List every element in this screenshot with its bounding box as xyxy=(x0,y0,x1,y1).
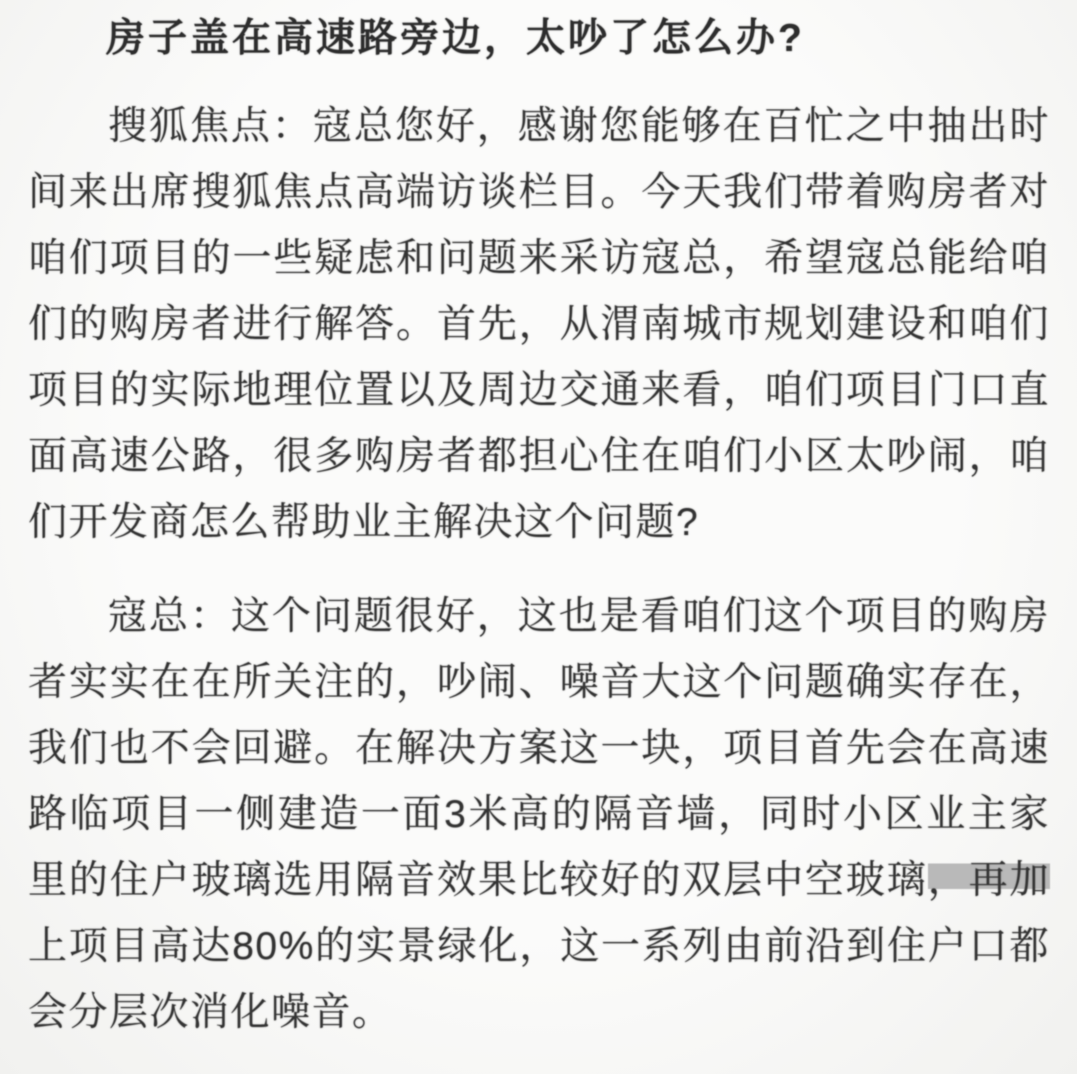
question-text: 搜狐焦点：寇总您好，感谢您能够在百忙之中抽出时间来出席搜狐焦点高端访谈栏目。今天… xyxy=(28,105,1050,544)
article-title: 房子盖在高速路旁边，太吵了怎么办? xyxy=(28,10,1050,68)
interview-question-paragraph: 搜狐焦点：寇总您好，感谢您能够在百忙之中抽出时间来出席搜狐焦点高端访谈栏目。今天… xyxy=(28,94,1050,556)
article-page: 房子盖在高速路旁边，太吵了怎么办? 搜狐焦点：寇总您好，感谢您能够在百忙之中抽出… xyxy=(0,0,1077,1074)
highlighted-text: ，再加 xyxy=(928,859,1050,902)
interview-answer-paragraph: 寇总：这个问题很好，这也是看咱们这个项目的购房者实实在在所关注的，吵闹、噪音大这… xyxy=(28,584,1050,1046)
answer-text-before-highlight: 寇总：这个问题很好，这也是看咱们这个项目的购房者实实在在所关注的，吵闹、噪音大这… xyxy=(28,595,1050,902)
answer-text-after-highlight: 上项目高达80%的实景绿化，这一系列由前沿到住户口都会分层次消化噪音。 xyxy=(28,925,1050,1034)
